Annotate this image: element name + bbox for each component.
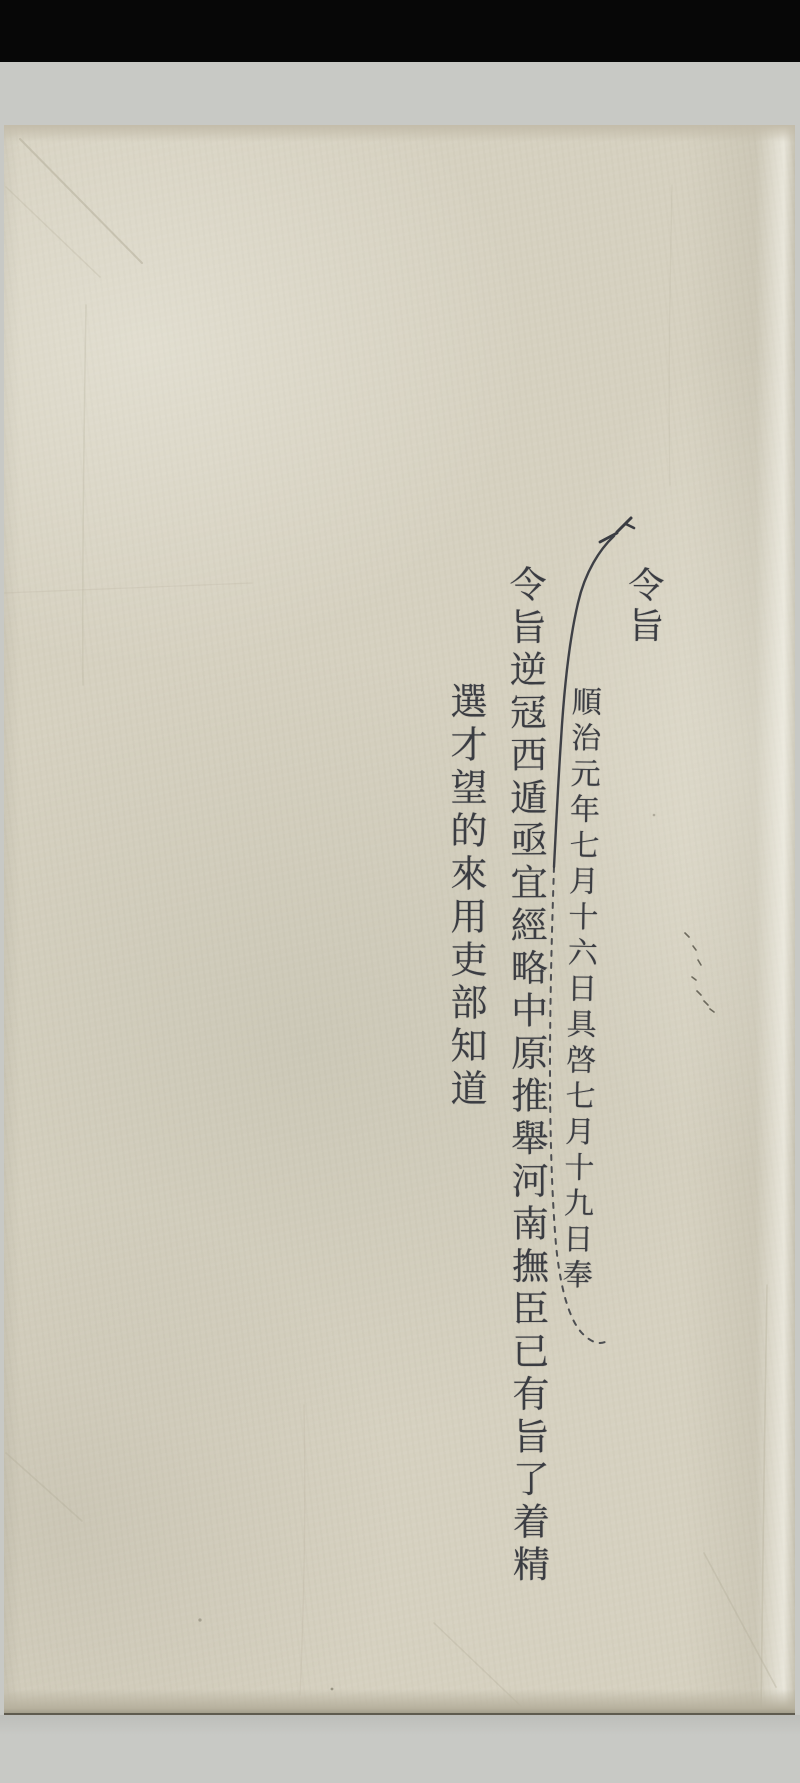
text-column-main: 令旨逆冦西遁亟宜經略中原推舉河南撫臣已有旨了着精 [503,565,547,1588]
scan-black-band-top [0,0,800,62]
paper-marks-overlay [4,125,795,1715]
scan-gray-band-bottom [0,1715,800,1783]
manuscript-paper: 令旨 順治元年七月十六日具啓七月十九日奉 令旨逆冦西遁亟宜經略中原推舉河南撫臣已… [4,125,795,1715]
ink-speckles [685,933,714,1012]
paper-creases [4,139,776,1711]
text-column-title: 令旨 [620,566,661,647]
brush-tick-mark [600,518,634,542]
text-column-closing: 選才望的來用吏部知道 [444,682,484,1112]
